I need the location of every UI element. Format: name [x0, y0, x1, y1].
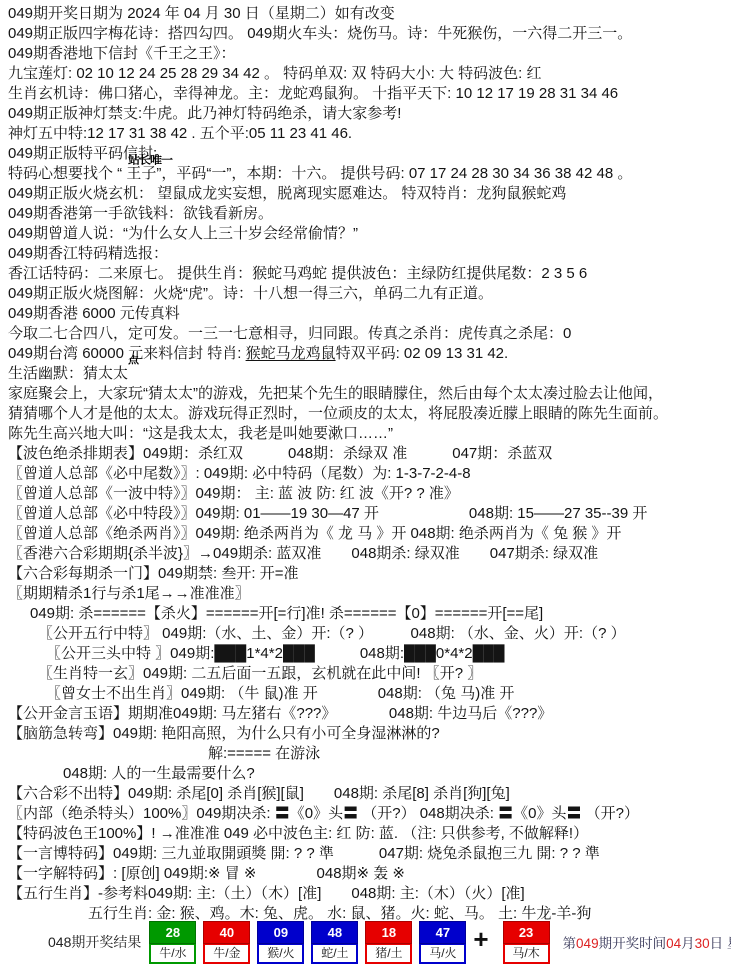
text-line: 家庭聚会上，大家玩“猜太太”的游戏，先把某个先生的眼睛朦住，然后由每个太太凑过脸… [0, 384, 731, 404]
text-line: 解:===== 在游泳 [0, 744, 731, 764]
plus-sign: + [473, 924, 488, 955]
ball-number: 48 [311, 921, 358, 944]
result-balls: 28牛/水40牛/金09猴/火48蛇/土18猪/土47马/火 [149, 921, 473, 964]
ball-zodiac-element: 马/木 [503, 944, 550, 964]
ball-number: 18 [365, 921, 412, 944]
text-line: 049期曾道人说：“为什么女人上三十岁会经常偷情？” [0, 224, 731, 244]
text-line: 生肖玄机诗：佛口猪心，幸得神龙。主：龙蛇鸡鼠狗。 十指平天下: 10 12 17… [0, 84, 731, 104]
next-draw-text: 期开奖时间 [599, 936, 667, 951]
next-draw-highlight: 049 [576, 936, 599, 951]
text-line: 〖生肖特一玄〗049期: 二五后面一五跟，玄机就在此中间! 〖开? 〗 [0, 664, 731, 684]
special-ball-wrap: 23马/木 [503, 921, 557, 964]
result-ball: 18猪/土 [365, 921, 412, 964]
ball-number: 28 [149, 921, 196, 944]
results-label: 048期开奖结果 [48, 932, 141, 952]
text-line: 049期正版火烧玄机： 望鼠成龙实妄想，脱离现实愿难达。 特双特肖：龙狗鼠猴蛇鸡 [0, 184, 731, 204]
text-lines: 049期开奖日期为 2024 年 04 月 30 日（星期二）如有改变049期正… [0, 4, 731, 924]
text-line: 生活幽默：猜太太 [0, 364, 731, 384]
text-line: 049期香江特码精选报： [0, 244, 731, 264]
text-line: 048期: 人的一生最需要什么? [0, 764, 731, 784]
text-line: 049期香港 6000 元传真料 [0, 304, 731, 324]
text-line: 〖曾女士不出生肖〗049期: （牛 鼠)准 开 048期: （兔 马)准 开 [0, 684, 731, 704]
text-line: 〖曾道人总部《绝杀两肖》〗049期: 绝杀两肖为《 龙 马 》开 048期: 绝… [0, 524, 731, 544]
watermark-overlay-2: 点 [128, 353, 138, 367]
ball-zodiac-element: 猪/土 [365, 944, 412, 964]
ball-number: 47 [419, 921, 466, 944]
text-line: 【波色绝杀排期表】049期：杀红双 048期：杀绿双 准 047期：杀蓝双 [0, 444, 731, 464]
text-line: 049期正版火烧图解：火烧“虎”。诗：十八想一得三六，单码二九有正道。 [0, 284, 731, 304]
text-line: 九宝莲灯: 02 10 12 24 25 28 29 34 42 。 特码单双:… [0, 64, 731, 84]
text-line: 〖期期精杀1行与杀1尾→→准准准〗 [0, 584, 731, 604]
text-line: 【一言博特码】049期: 三九並取開頭獎 開: ? ? 準 047期: 烧兔杀鼠… [0, 844, 731, 864]
text-line: 【六合彩每期杀一门】049期禁: 叁开: 开=准 [0, 564, 731, 584]
text-line: 049期开奖日期为 2024 年 04 月 30 日（星期二）如有改变 [0, 4, 731, 24]
result-ball: 40牛/金 [203, 921, 250, 964]
text-line: 049期: 杀======【杀火】======开[=行]准! 杀======【0… [0, 604, 731, 624]
text-line: 香江话特码：二来原七。 提供生肖：猴蛇马鸡蛇 提供波色：主绿防红提供尾数：2 3… [0, 264, 731, 284]
text-line: 猜猜哪个人才是他的太太。游戏玩得正烈时，一位顽皮的太太，将屁股凑近朦上眼睛的陈先… [0, 404, 731, 424]
watermark-overlay: 站长唯一 [128, 152, 172, 167]
ball-zodiac-element: 猴/火 [257, 944, 304, 964]
text-line: 【脑筋急转弯】049期: 艳阳高照，为什么只有小可全身湿淋淋的? [0, 724, 731, 744]
result-ball: 47马/火 [419, 921, 466, 964]
text-line: 〖公开三头中特 〗049期:███1*4*2███ 048期:███0*4*2█… [0, 644, 731, 664]
next-draw-text: 月 [681, 936, 695, 951]
ball-number: 23 [503, 921, 550, 944]
text-line: 049期正版神灯禁支:牛虎。此乃神灯特码绝杀，请大家参考! [0, 104, 731, 124]
text-line: 【公开金言玉语】期期准049期: 马左猪右《???》 048期: 牛边马后《??… [0, 704, 731, 724]
text-line: 〖曾道人总部《一波中特》〗049期： 主: 蓝 波 防: 红 波《开? ? 准》 [0, 484, 731, 504]
text-line: 〖曾道人总部《必中尾数》〗: 049期: 必中特码（尾数）为: 1-3-7-2-… [0, 464, 731, 484]
text-line: 049期香港地下信封《千王之王》： [0, 44, 731, 64]
draw-results-bar: 048期开奖结果 28牛/水40牛/金09猴/火48蛇/土18猪/土47马/火 … [0, 917, 731, 967]
ball-zodiac-element: 蛇/土 [311, 944, 358, 964]
text-line: 049期香港第一手欲钱料：欲钱看新房。 [0, 204, 731, 224]
text-line: 【特码波色王100%】! →准准准 049 必中波色主: 红 防: 蓝. （注:… [0, 824, 731, 844]
text-line: 〖曾道人总部《必中特段》〗049期: 01——19 30—47 开 048期: … [0, 504, 731, 524]
ball-zodiac-element: 马/火 [419, 944, 466, 964]
text-line: 049期正版特平码信封: [0, 144, 731, 164]
ball-number: 09 [257, 921, 304, 944]
text-line: 049期正版四字梅花诗：搭四勾四。 049期火车头：烧伤马。诗：牛死猴伤，一六得… [0, 24, 731, 44]
text-line: 【五行生肖】-参考料049期: 主:（土）（木）[准] 048期: 主:（木）（… [0, 884, 731, 904]
ball-number: 40 [203, 921, 250, 944]
text-line: 【一字解特码】: [原创] 049期:※ 冒 ※ 048期※ 轰 ※ [0, 864, 731, 884]
text-line: 〖内部（绝杀特头）100%〗049期决杀: 〓《0》头〓 （开?） 048期决杀… [0, 804, 731, 824]
next-draw-highlight: 30 [695, 936, 710, 951]
next-draw-text: 日 星期二21:3 [710, 936, 731, 951]
text-line: 049期台湾 60000 元来料信封 特肖: 猴蛇马龙鸡鼠特双平码: 02 09… [0, 344, 731, 364]
ball-zodiac-element: 牛/水 [149, 944, 196, 964]
next-draw-text: 第 [563, 936, 577, 951]
text-line: 〖公开五行中特〗 049期:（水、土、金）开:（? ） 048期: （水、金、火… [0, 624, 731, 644]
result-ball: 48蛇/土 [311, 921, 358, 964]
next-draw-info: 第049期开奖时间04月30日 星期二21:3 [563, 932, 731, 952]
result-ball: 28牛/水 [149, 921, 196, 964]
ball-zodiac-element: 牛/金 [203, 944, 250, 964]
result-ball: 09猴/火 [257, 921, 304, 964]
result-ball: 23马/木 [503, 921, 550, 964]
text-line: 今取二七合四八，定可发。一三一七意相寻，归同跟。传真之杀肖：虎传真之杀尾：0 [0, 324, 731, 344]
text-line: 【六合彩不出特】049期: 杀尾[0] 杀肖[猴][鼠] 048期: 杀尾[8]… [0, 784, 731, 804]
text-line: 陈先生高兴地大叫：“这是我太太，我老是叫她要漱口……” [0, 424, 731, 444]
text-line: 神灯五中特:12 17 31 38 42 . 五个平:05 11 23 41 4… [0, 124, 731, 144]
text-line: 特码心想要找个 “ 王子”，平码“一”，本期：十六。 提供号码: 07 17 2… [0, 164, 731, 184]
next-draw-highlight: 04 [666, 936, 681, 951]
lottery-tip-sheet: 049期开奖日期为 2024 年 04 月 30 日（星期二）如有改变049期正… [0, 0, 731, 975]
text-line: 〖香港六合彩期期{杀半波}〗→049期杀: 蓝双准 048期杀: 绿双准 047… [0, 544, 731, 564]
